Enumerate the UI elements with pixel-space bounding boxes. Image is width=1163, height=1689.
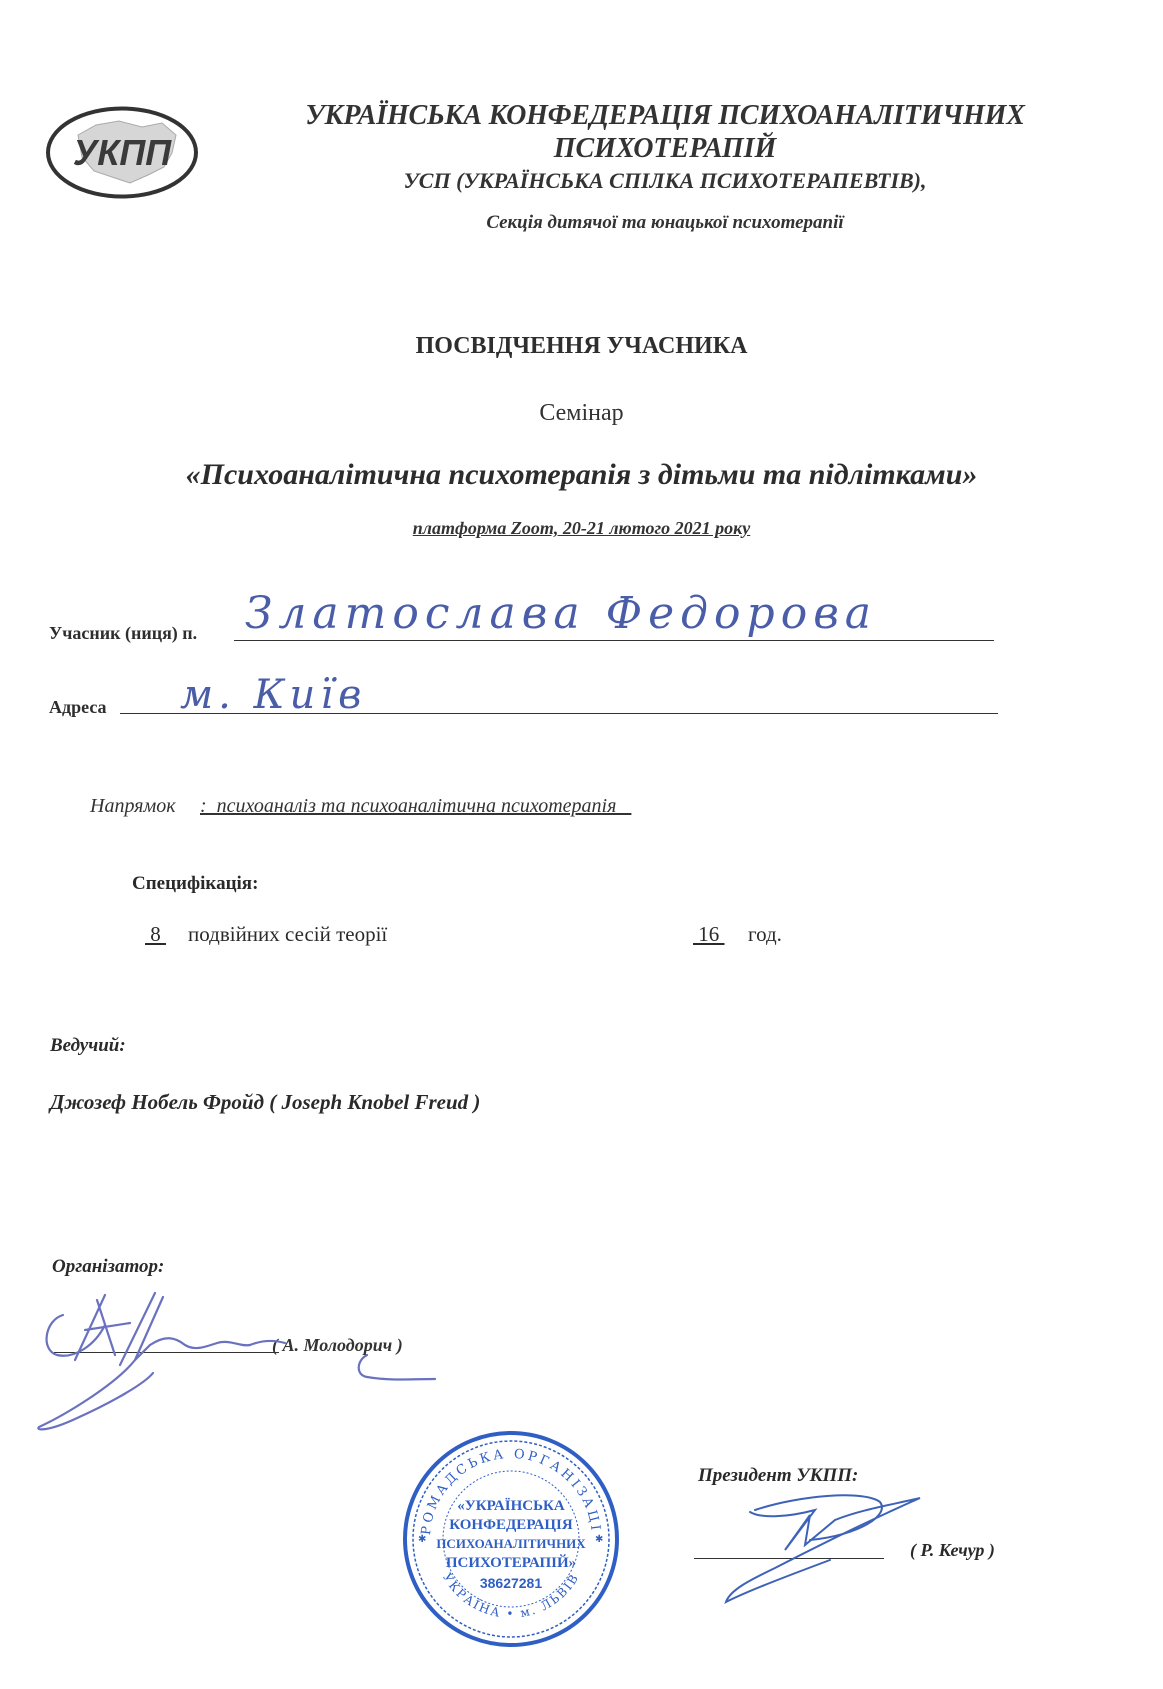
- direction-value: : психоаналіз та психоаналітична психоте…: [200, 795, 631, 818]
- stamp-line: «УКРАЇНСЬКА: [457, 1498, 565, 1514]
- star-icon: ✱: [595, 1534, 603, 1545]
- host-name: Джозеф Нобель Фройд ( Joseph Knobel Freu…: [50, 1090, 480, 1115]
- president-signature-icon: [690, 1490, 940, 1605]
- logo-text: УКПП: [73, 132, 172, 173]
- organizer-signature-icon: [35, 1285, 445, 1435]
- specification-label: Специфікація:: [132, 873, 258, 895]
- hours-text: год.: [748, 922, 782, 947]
- stamp-line: КОНФЕДЕРАЦІЯ: [449, 1517, 573, 1533]
- direction-label: Напрямок: [90, 795, 176, 818]
- organizer-label: Організатор:: [52, 1256, 164, 1278]
- official-stamp: ГРОМАДСЬКА ОРГАНІЗАЦІЯ УКРАЇНА • м. ЛЬВІ…: [400, 1428, 622, 1650]
- org-name-line3: УСП (УКРАЇНСЬКА СПІЛКА ПСИХОТЕРАПЕВТІВ),: [250, 168, 1080, 194]
- document-title: ПОСВІДЧЕННЯ УЧАСНИКА: [0, 333, 1163, 360]
- sessions-text: подвійних сесій теорії: [188, 922, 387, 947]
- stamp-line: ПСИХОАНАЛІТИЧНИХ: [436, 1536, 586, 1551]
- host-label: Ведучий:: [50, 1035, 126, 1057]
- participant-label: Учасник (ниця) п.: [49, 623, 197, 644]
- event-name: «Психоаналітична психотерапія з дітьми т…: [0, 458, 1163, 492]
- ukpp-logo: УКПП: [44, 105, 200, 200]
- stamp-line: ПСИХОТЕРАПІЙ»: [446, 1554, 576, 1571]
- stamp-code: 38627281: [480, 1575, 543, 1591]
- sessions-count: 8: [145, 922, 166, 947]
- event-type: Семінар: [0, 400, 1163, 427]
- org-name-line2: ПСИХОТЕРАПІЙ: [250, 133, 1080, 165]
- venue-date: платформа Zoom, 20-21 лютого 2021 року: [0, 518, 1163, 539]
- star-icon: ✱: [418, 1534, 426, 1545]
- org-name-line1: УКРАЇНСЬКА КОНФЕДЕРАЦІЯ ПСИХОАНАЛІТИЧНИХ: [250, 100, 1080, 132]
- participant-underline: [234, 640, 994, 641]
- president-label: Президент УКПП:: [698, 1465, 858, 1487]
- org-section: Секція дитячої та юнацької психотерапії: [250, 212, 1080, 234]
- participant-name-handwritten: Златослава Федорова: [245, 588, 877, 639]
- address-label: Адреса: [49, 697, 107, 718]
- address-handwritten: м. Київ: [180, 672, 366, 718]
- hours-count: 16: [693, 922, 725, 947]
